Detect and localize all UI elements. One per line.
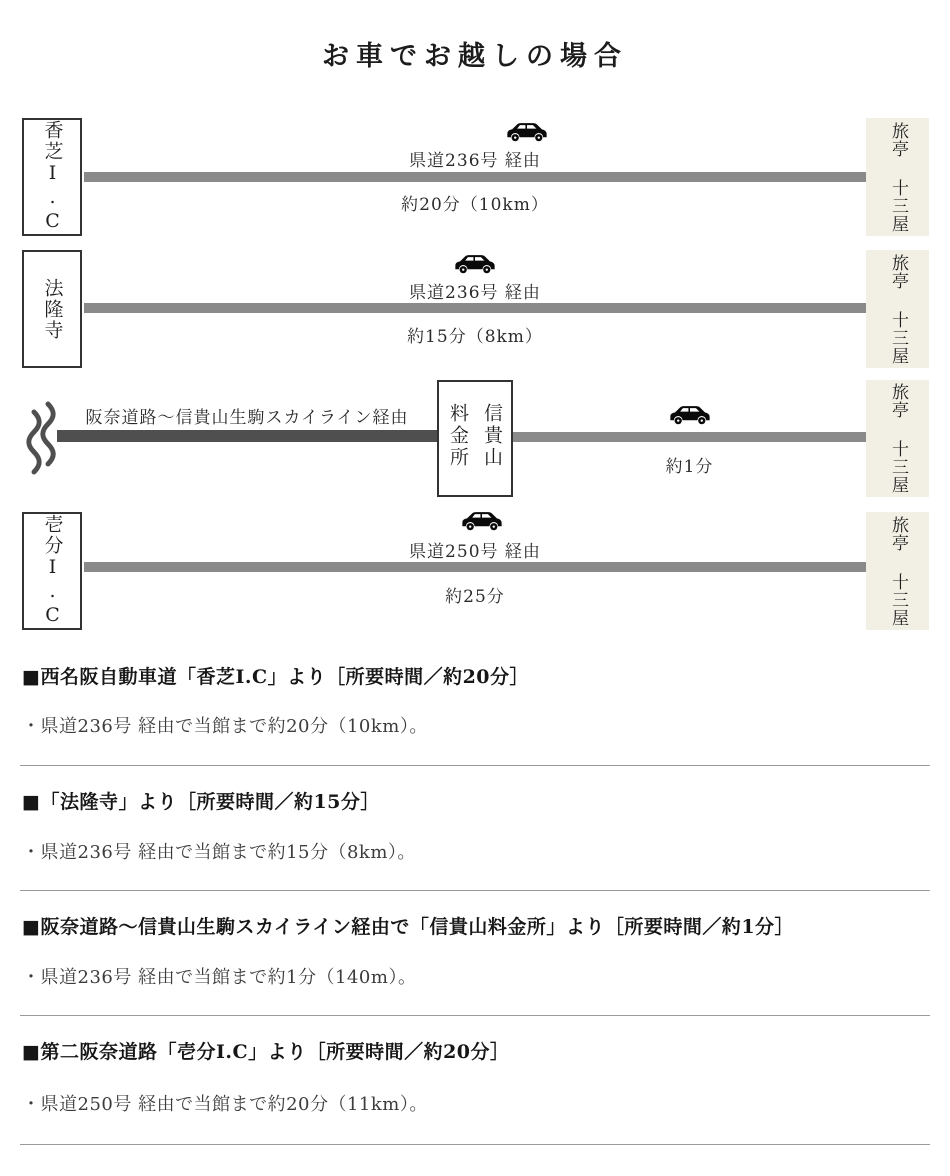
road-line [513,432,866,442]
route-time-label: 約25分 [84,582,866,607]
car-icon [668,402,712,426]
section-heading-ichibu: ■第二阪奈道路「壱分I.C」より［所要時間／約20分］ [22,1037,922,1064]
section-divider [20,1015,930,1016]
origin-label: 壱分I.C [43,514,62,628]
route-time-label: 約15分（8km） [84,322,866,347]
road-line [84,172,866,182]
destination-label: 旅亭 十三屋 [889,122,906,233]
destination-label: 旅亭 十三屋 [889,254,906,365]
road-line [84,303,866,313]
section-divider [20,1144,930,1145]
tollgate-box-shigisan: 信貴山料金所 [437,380,513,497]
route-via-label: 県道250号 経由 [84,537,866,562]
origin-box-kashiba-ic: 香芝I.C [22,118,82,236]
origin-box-horyuji: 法隆寺 [22,250,82,368]
section-heading-shigisan: ■阪奈道路〜信貴山生駒スカイライン経由で「信貴山料金所」より［所要時間／約1分］ [22,912,922,939]
origin-label: 香芝I.C [43,120,62,234]
section-body-horyuji: ・県道236号 経由で当館まで約15分（8km）。 [22,838,922,864]
destination-box: 旅亭 十三屋 [866,380,929,497]
page-title: お車でお越しの場合 [0,34,950,73]
wavy-road-continuation-icon [24,400,60,476]
route-via-label: 県道236号 経由 [84,146,866,171]
section-divider [20,890,930,891]
car-icon [505,119,549,143]
route-time-label: 約20分（10km） [84,190,866,215]
road-line-dark [57,430,437,442]
section-body-ichibu: ・県道250号 経由で当館まで約20分（11km）。 [22,1090,922,1116]
route-via-label: 県道236号 経由 [84,278,866,303]
access-by-car-page: お車でお越しの場合 香芝I.C 県道236号 経由 約20分（10km） 旅亭 … [0,0,950,1176]
destination-box: 旅亭 十三屋 [866,512,929,630]
section-divider [20,765,930,766]
section-heading-kashiba: ■西名阪自動車道「香芝I.C」より［所要時間／約20分］ [22,662,922,689]
route-time-label: 約1分 [513,452,866,477]
destination-label: 旅亭 十三屋 [889,383,906,494]
destination-label: 旅亭 十三屋 [889,516,906,627]
section-heading-horyuji: ■「法隆寺」より［所要時間／約15分］ [22,787,922,814]
section-body-shigisan: ・県道236号 経由で当館まで約1分（140m）。 [22,963,922,989]
destination-box: 旅亭 十三屋 [866,250,929,368]
route-via-label: 阪奈道路〜信貴山生駒スカイライン経由 [57,403,437,428]
car-icon [460,508,504,532]
road-line [84,562,866,572]
origin-label: 法隆寺 [43,278,62,341]
origin-box-ichibu-ic: 壱分I.C [22,512,82,630]
car-icon [453,251,497,275]
destination-box: 旅亭 十三屋 [866,118,929,236]
tollgate-label: 信貴山料金所 [441,403,509,475]
section-body-kashiba: ・県道236号 経由で当館まで約20分（10km）。 [22,712,922,738]
